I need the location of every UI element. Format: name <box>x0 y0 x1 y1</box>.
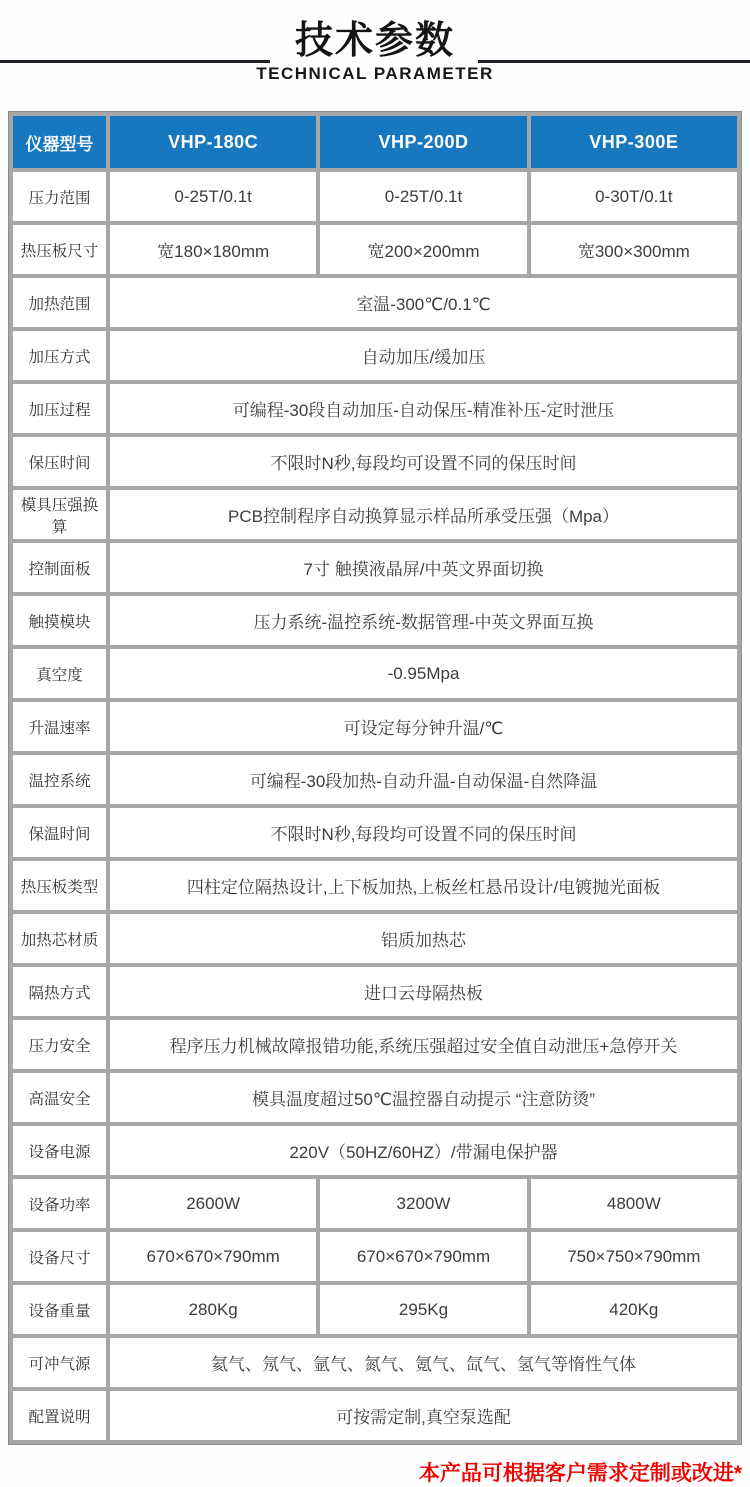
spec-value: 3200W <box>320 1179 526 1228</box>
spec-row: 温控系统可编程-30段加热-自动升温-自动保温-自然降温 <box>13 755 737 804</box>
spec-row-label: 升温速率 <box>13 702 106 751</box>
spec-row-label: 触摸模块 <box>13 596 106 645</box>
spec-row: 压力安全程序压力机械故障报错功能,系统压强超过安全值自动泄压+急停开关 <box>13 1020 737 1069</box>
page-subtitle: TECHNICAL PARAMETER <box>0 64 750 84</box>
spec-row: 控制面板7寸 触摸液晶屏/中英文界面切换 <box>13 543 737 592</box>
spec-value: 670×670×790mm <box>110 1232 316 1281</box>
spec-row: 保压时间不限时N秒,每段均可设置不同的保压时间 <box>13 437 737 486</box>
spec-row: 设备重量280Kg295Kg420Kg <box>13 1285 737 1334</box>
title-divider-right <box>478 60 750 63</box>
spec-row-label: 控制面板 <box>13 543 106 592</box>
spec-value: 0-30T/0.1t <box>531 172 737 221</box>
spec-row: 加压过程可编程-30段自动加压-自动保压-精准补压-定时泄压 <box>13 384 737 433</box>
spec-row: 配置说明可按需定制,真空泵选配 <box>13 1391 737 1440</box>
title-block: 技术参数 TECHNICAL PARAMETER <box>0 0 750 98</box>
spec-value-span: 220V（50HZ/60HZ）/带漏电保护器 <box>110 1126 737 1175</box>
model-header-row: 仪器型号 VHP-180C VHP-200D VHP-300E <box>13 116 737 168</box>
spec-row: 加热范围室温-300℃/0.1℃ <box>13 278 737 327</box>
spec-row: 设备电源220V（50HZ/60HZ）/带漏电保护器 <box>13 1126 737 1175</box>
spec-row-label: 压力安全 <box>13 1020 106 1069</box>
spec-row-label: 加压过程 <box>13 384 106 433</box>
spec-row-label: 热压板类型 <box>13 861 106 910</box>
spec-row-label: 隔热方式 <box>13 967 106 1016</box>
spec-value: 280Kg <box>110 1285 316 1334</box>
spec-row-label: 加热芯材质 <box>13 914 106 963</box>
spec-row: 触摸模块压力系统-温控系统-数据管理-中英文界面互换 <box>13 596 737 645</box>
page-title: 技术参数 <box>0 20 750 62</box>
spec-value-span: 自动加压/缓加压 <box>110 331 737 380</box>
title-divider-left <box>0 60 270 63</box>
spec-row-label: 热压板尺寸 <box>13 225 106 274</box>
spec-value: 宽300×300mm <box>531 225 737 274</box>
spec-row: 热压板尺寸宽180×180mm宽200×200mm宽300×300mm <box>13 225 737 274</box>
spec-row: 高温安全模具温度超过50℃温控器自动提示 “注意防烫” <box>13 1073 737 1122</box>
spec-value-span: 不限时N秒,每段均可设置不同的保压时间 <box>110 437 737 486</box>
spec-row: 设备尺寸670×670×790mm670×670×790mm750×750×79… <box>13 1232 737 1281</box>
spec-row: 模具压强换算PCB控制程序自动换算显示样品所承受压强（Mpa） <box>13 490 737 539</box>
spec-value-span: 程序压力机械故障报错功能,系统压强超过安全值自动泄压+急停开关 <box>110 1020 737 1069</box>
spec-value-span: 氦气、氖气、氩气、氮气、氪气、氙气、氢气等惰性气体 <box>110 1338 737 1387</box>
spec-table: 仪器型号 VHP-180C VHP-200D VHP-300E 压力范围0-25… <box>8 111 742 1445</box>
spec-row-label: 设备电源 <box>13 1126 106 1175</box>
spec-row: 设备功率2600W3200W4800W <box>13 1179 737 1228</box>
spec-value: 0-25T/0.1t <box>110 172 316 221</box>
spec-value: 宽180×180mm <box>110 225 316 274</box>
spec-value: 0-25T/0.1t <box>320 172 526 221</box>
spec-row: 真空度-0.95Mpa <box>13 649 737 698</box>
spec-row: 隔热方式进口云母隔热板 <box>13 967 737 1016</box>
spec-value-span: 压力系统-温控系统-数据管理-中英文界面互换 <box>110 596 737 645</box>
spec-value-span: 可编程-30段加热-自动升温-自动保温-自然降温 <box>110 755 737 804</box>
model-header-label: 仪器型号 <box>13 116 106 168</box>
spec-row-label: 加压方式 <box>13 331 106 380</box>
spec-value-span: 可设定每分钟升温/℃ <box>110 702 737 751</box>
spec-value-span: 室温-300℃/0.1℃ <box>110 278 737 327</box>
spec-value: 2600W <box>110 1179 316 1228</box>
spec-value-span: 7寸 触摸液晶屏/中英文界面切换 <box>110 543 737 592</box>
customization-note: 本产品可根据客户需求定制或改进* <box>8 1457 742 1487</box>
spec-value-span: 四柱定位隔热设计,上下板加热,上板丝杠悬吊设计/电镀抛光面板 <box>110 861 737 910</box>
spec-value-span: 可按需定制,真空泵选配 <box>110 1391 737 1440</box>
model-name: VHP-300E <box>531 116 737 168</box>
spec-table-body: 压力范围0-25T/0.1t0-25T/0.1t0-30T/0.1t热压板尺寸宽… <box>13 172 737 1440</box>
spec-row-label: 配置说明 <box>13 1391 106 1440</box>
spec-row-label: 设备尺寸 <box>13 1232 106 1281</box>
spec-value-span: 不限时N秒,每段均可设置不同的保压时间 <box>110 808 737 857</box>
spec-row-label: 保温时间 <box>13 808 106 857</box>
spec-row: 保温时间不限时N秒,每段均可设置不同的保压时间 <box>13 808 737 857</box>
model-name: VHP-200D <box>320 116 526 168</box>
spec-value-span: 进口云母隔热板 <box>110 967 737 1016</box>
spec-row-label: 设备功率 <box>13 1179 106 1228</box>
spec-value-span: 可编程-30段自动加压-自动保压-精准补压-定时泄压 <box>110 384 737 433</box>
spec-value: 4800W <box>531 1179 737 1228</box>
spec-row: 可冲气源氦气、氖气、氩气、氮气、氪气、氙气、氢气等惰性气体 <box>13 1338 737 1387</box>
spec-row-label: 设备重量 <box>13 1285 106 1334</box>
spec-row: 升温速率可设定每分钟升温/℃ <box>13 702 737 751</box>
spec-row-label: 压力范围 <box>13 172 106 221</box>
spec-value-span: 模具温度超过50℃温控器自动提示 “注意防烫” <box>110 1073 737 1122</box>
spec-value: 295Kg <box>320 1285 526 1334</box>
spec-table-header: 仪器型号 VHP-180C VHP-200D VHP-300E <box>13 116 737 168</box>
spec-row-label: 真空度 <box>13 649 106 698</box>
spec-row-label: 温控系统 <box>13 755 106 804</box>
spec-row: 热压板类型四柱定位隔热设计,上下板加热,上板丝杠悬吊设计/电镀抛光面板 <box>13 861 737 910</box>
spec-row-label: 可冲气源 <box>13 1338 106 1387</box>
spec-value-span: PCB控制程序自动换算显示样品所承受压强（Mpa） <box>110 490 737 539</box>
spec-row: 加热芯材质铝质加热芯 <box>13 914 737 963</box>
spec-row-label: 模具压强换算 <box>13 490 106 539</box>
spec-value: 420Kg <box>531 1285 737 1334</box>
spec-row-label: 保压时间 <box>13 437 106 486</box>
spec-row-label: 高温安全 <box>13 1073 106 1122</box>
model-name: VHP-180C <box>110 116 316 168</box>
spec-value-span: 铝质加热芯 <box>110 914 737 963</box>
spec-value: 宽200×200mm <box>320 225 526 274</box>
spec-value: 750×750×790mm <box>531 1232 737 1281</box>
spec-value: 670×670×790mm <box>320 1232 526 1281</box>
spec-value-span: -0.95Mpa <box>110 649 737 698</box>
spec-row: 加压方式自动加压/缓加压 <box>13 331 737 380</box>
spec-row: 压力范围0-25T/0.1t0-25T/0.1t0-30T/0.1t <box>13 172 737 221</box>
spec-row-label: 加热范围 <box>13 278 106 327</box>
